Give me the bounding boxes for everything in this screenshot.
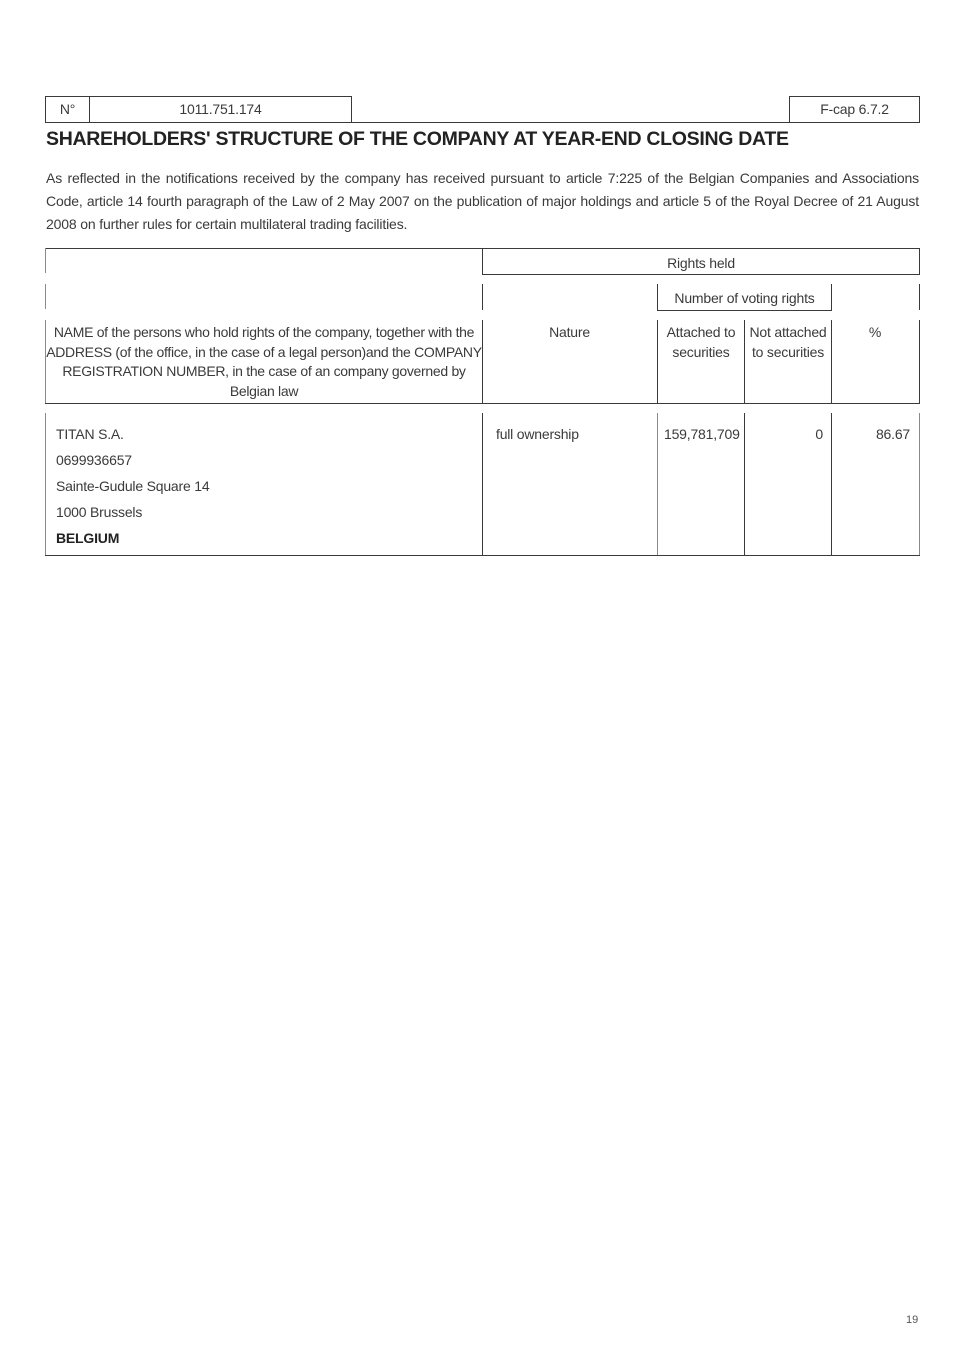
- header-rule: [45, 122, 919, 123]
- form-code: F-cap 6.7.2: [789, 100, 920, 119]
- nature-value: full ownership: [496, 425, 579, 444]
- voting-rights-header: Number of voting rights: [657, 289, 832, 308]
- column-header-nature: Nature: [482, 323, 657, 343]
- column-header-attached-line1: Attached to: [657, 323, 745, 343]
- attached-value: 159,781,709: [664, 425, 740, 444]
- divider: [657, 413, 658, 556]
- divider: [919, 413, 920, 556]
- shareholder-country: BELGIUM: [56, 529, 119, 548]
- number-label: N°: [45, 100, 90, 119]
- divider: [45, 413, 46, 556]
- percent-value: 86.67: [831, 425, 910, 444]
- divider: [482, 413, 483, 556]
- column-header-name: NAME of the persons who hold rights of t…: [46, 323, 482, 401]
- divider: [919, 284, 920, 310]
- column-header-attached-line2: securities: [657, 343, 745, 363]
- table-bottom-border: [45, 555, 920, 556]
- divider: [657, 310, 832, 311]
- rights-held-header: Rights held: [482, 254, 920, 273]
- shareholder-registration-number: 0699936657: [56, 451, 132, 470]
- section-title: SHAREHOLDERS' STRUCTURE OF THE COMPANY A…: [46, 128, 789, 151]
- column-header-not-attached-line1: Not attached: [744, 323, 832, 343]
- divider: [919, 320, 920, 404]
- divider: [482, 284, 483, 310]
- not-attached-value: 0: [744, 425, 823, 444]
- company-number: 1011.751.174: [89, 100, 352, 119]
- shareholder-city: 1000 Brussels: [56, 503, 142, 522]
- column-header-not-attached: Not attached to securities: [744, 323, 832, 362]
- divider: [45, 248, 46, 273]
- section-intro: As reflected in the notifications receiv…: [46, 167, 919, 236]
- shareholder-street: Sainte-Gudule Square 14: [56, 477, 209, 496]
- divider: [482, 274, 920, 275]
- shareholder-name: TITAN S.A.: [56, 425, 124, 444]
- column-header-not-attached-line2: to securities: [744, 343, 832, 363]
- column-header-percent: %: [831, 323, 919, 343]
- header-bottom-border: [45, 403, 920, 404]
- column-header-attached: Attached to securities: [657, 323, 745, 362]
- divider: [45, 284, 46, 309]
- page-number: 19: [906, 1314, 918, 1326]
